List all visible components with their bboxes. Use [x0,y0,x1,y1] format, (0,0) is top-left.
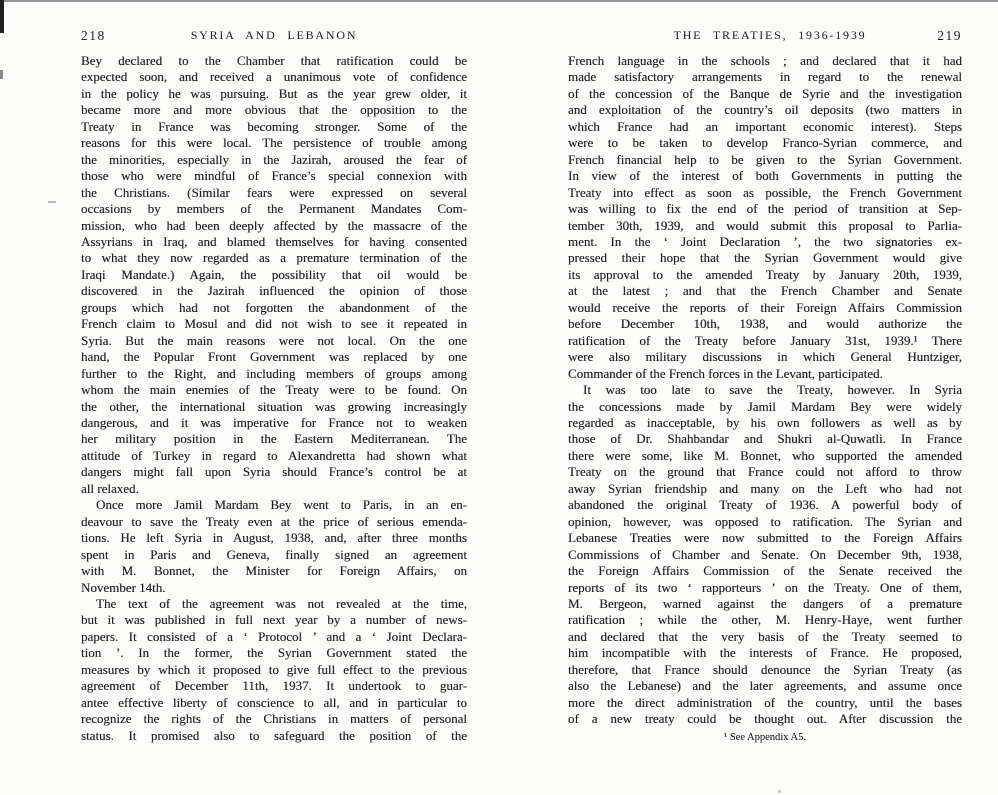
text-line: the other, the international situation w… [81,399,467,415]
text-line: pressed their hope that the Syrian Gover… [568,250,962,266]
text-line: tion ’. In the former, the Syrian Govern… [81,645,467,661]
text-line: but it was published in full next year b… [81,612,467,628]
text-line: abandoned the original Treaty of 1936. A… [568,497,962,513]
running-head-right: THE TREATIES, 1936-1939 [573,28,967,43]
left-page-header: 218 SYRIA AND LEBANON [81,28,467,53]
text-line: deavour to save the Treaty even at the p… [81,514,467,530]
text-line: attitude of Turkey in regard to Alexandr… [81,448,467,464]
text-line: whom the main enemies of the Treaty were… [81,382,467,398]
text-line: The text of the agreement was not reveal… [81,596,467,612]
book-spread: 218 SYRIA AND LEBANON Bey declared to th… [0,0,998,795]
text-line: regarded as inacceptable, by his own fol… [568,415,962,431]
text-line: Commissions of Chamber and Senate. On De… [568,547,962,563]
text-line: also the Lebanese) and the later agreeme… [568,678,962,694]
text-line: which France had an important economic i… [568,119,962,135]
page-number-left: 218 [81,28,106,44]
text-line: away Syrian friendship and many on the L… [568,481,962,497]
text-line: status. It promised also to safeguard th… [81,728,467,744]
right-page-body: French language in the schools ; and dec… [568,53,962,728]
text-line: therefore, that France should denounce t… [568,662,962,678]
text-line: would receive the reports of their Forei… [568,300,962,316]
text-line: the Foreign Affairs Commission of the Se… [568,563,962,579]
text-line: there were some, like M. Bonnet, who sup… [568,448,962,464]
text-line: antee effective liberty of conscience to… [81,695,467,711]
page-number-right: 219 [937,28,962,44]
text-line: with M. Bonnet, the Minister for Foreign… [81,563,467,579]
text-line: more the direct administration of the co… [568,695,962,711]
text-line: discovered in the Jazirah influenced the… [81,283,467,299]
text-line: French language in the schools ; and dec… [568,53,962,69]
text-line: reports of its two ‘ rapporteurs ’ on th… [568,580,962,596]
text-line: papers. It consisted of a ‘ Protocol ’ a… [81,629,467,645]
text-line: its approval to the amended Treaty by Ja… [568,267,962,283]
text-line: Once more Jamil Mardam Bey went to Paris… [81,497,467,513]
text-line: Treaty into effect as soon as possible, … [568,185,962,201]
text-line: and exploitation of the country’s oil de… [568,102,962,118]
right-page: THE TREATIES, 1936-1939 219 French langu… [568,28,962,743]
text-line: at the latest ; and that the French Cham… [568,283,962,299]
text-line: Syria. But the main reasons were not loc… [81,333,467,349]
text-line: Assyrians in Iraq, and blamed themselves… [81,234,467,250]
scan-speck-margin [48,201,56,203]
text-line: In view of the interest of both Governme… [568,168,962,184]
text-line: those who were mindful of France’s speci… [81,168,467,184]
text-line: measures by which it proposed to give fu… [81,662,467,678]
text-line: reasons for this were local. The persist… [81,135,467,151]
text-line: the Christians. (Similar fears were expr… [81,185,467,201]
left-page: 218 SYRIA AND LEBANON Bey declared to th… [81,28,467,744]
text-line: groups which had not forgotten the aband… [81,300,467,316]
text-line: all relaxed. [81,481,467,497]
text-line: made satisfactory arrangements in regard… [568,69,962,85]
text-line: tember 30th, 1939, and would submit this… [568,218,962,234]
text-line: spent in Paris and Geneva, finally signe… [81,547,467,563]
text-line: were to be taken to develop Franco-Syria… [568,135,962,151]
text-line: Commander of the French forces in the Le… [568,366,962,382]
text-line: ratification ; while the other, M. Henry… [568,612,962,628]
text-line: Bey declared to the Chamber that ratific… [81,53,467,69]
scan-edge-artifact-top [0,0,998,2]
text-line: were also military discussions in which … [568,349,962,365]
text-line: Treaty on the ground that France could n… [568,464,962,480]
text-line: and declared that the very basis of the … [568,629,962,645]
text-line: to what they now regarded as a premature… [81,250,467,266]
text-line: dangerous, and it was imperative for Fra… [81,415,467,431]
scan-speck-bottom [778,790,781,793]
text-line: occasions by members of the Permanent Ma… [81,201,467,217]
text-line: dangers might fall upon Syria should Fra… [81,464,467,480]
text-line: mission, who had been deeply affected by… [81,218,467,234]
text-line: expected soon, and received a unanimous … [81,69,467,85]
text-line: in the policy he was pursuing. But as th… [81,86,467,102]
text-line: of the concession of the Banque de Syrie… [568,86,962,102]
text-line: ment. In the ‘ Joint Declaration ’, the … [568,234,962,250]
text-line: the minorities, especially in the Jazira… [81,152,467,168]
text-line: tions. He left Syria in August, 1938, an… [81,530,467,546]
text-line: French claim to Mosul and did not wish t… [81,316,467,332]
scan-corner-artifact [0,0,4,33]
text-line: Iraqi Mandate.) Again, the possibility t… [81,267,467,283]
text-line: the concessions made by Jamil Mardam Bey… [568,399,962,415]
scan-edge-artifact-left [0,70,3,79]
text-line: It was too late to save the Treaty, howe… [568,382,962,398]
text-line: became more and more obvious that the op… [81,102,467,118]
text-line: Treaty in France was becoming stronger. … [81,119,467,135]
text-line: him incompatible with the interests of F… [568,645,962,661]
running-head-left: SYRIA AND LEBANON [81,28,467,43]
text-line: her military position in the Eastern Med… [81,431,467,447]
text-line: was willing to fix the end of the period… [568,201,962,217]
text-line: Lebanese Treaties were now submitted to … [568,530,962,546]
text-line: French financial help to be given to the… [568,152,962,168]
text-line: agreement of December 11th, 1937. It und… [81,678,467,694]
text-line: recognize the rights of the Christians i… [81,711,467,727]
text-line: before December 10th, 1938, and would au… [568,316,962,332]
text-line: ratification of the Treaty before Januar… [568,333,962,349]
text-line: further to the Right, and including memb… [81,366,467,382]
text-line: hand, the Popular Front Government was r… [81,349,467,365]
text-line: November 14th. [81,580,467,596]
text-line: of a new treaty could be thought out. Af… [568,711,962,727]
left-page-body: Bey declared to the Chamber that ratific… [81,53,467,744]
text-line: opinion, however, was opposed to ratific… [568,514,962,530]
text-line: those of Dr. Shahbandar and Shukri al-Qu… [568,431,962,447]
text-line: M. Bergeon, warned against the dangers o… [568,596,962,612]
footnote: ¹ See Appendix A5. [568,732,962,743]
right-page-header: THE TREATIES, 1936-1939 219 [568,28,962,53]
